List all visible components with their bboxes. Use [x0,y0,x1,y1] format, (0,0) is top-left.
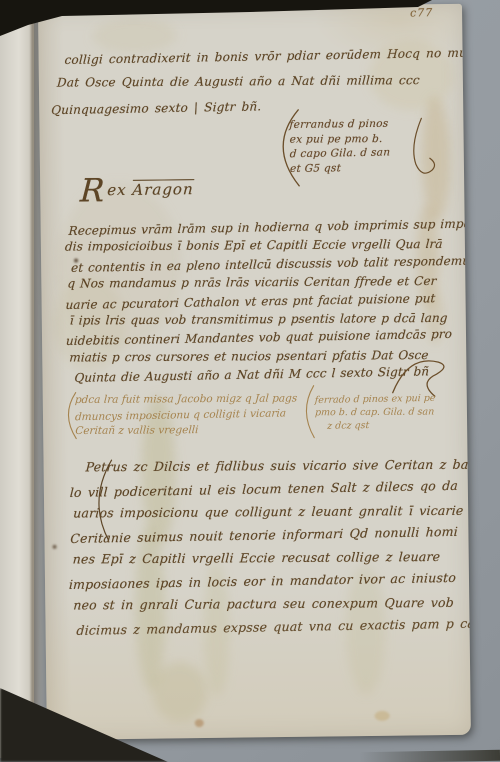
text-line: d capo Gila. d san [289,145,390,161]
text-line: ex pui pe pmo b. [289,131,390,146]
text-line: z dcz qst [327,418,436,433]
text-line: ferrandus d pinos [289,117,390,133]
foxing-dot [375,711,390,721]
registry-note-right: ferrado d pinos ex pui pe pmo b. d cap. … [315,392,436,432]
water-stain [152,662,208,723]
text-line: Ceritañ z vallis vregelli [75,422,298,439]
letter-one-body: Recepimus vrām lrām sup in hodierna q vo… [65,215,471,386]
facing-page-edge [0,16,34,758]
folio-number-text: c77 [410,6,433,19]
manuscript-page: c77 colligi contradixerit in bonis vrōr … [38,4,471,740]
heading-realm: Aragon [132,180,194,199]
foxing-dot [195,719,204,727]
pen-flourish [391,116,442,189]
registry-note-left: pdca lra fuit missa Jacobo migz q Jal pa… [75,391,298,440]
top-note: colligi contradixerit in bonis vrōr pdia… [64,41,470,121]
attestation-note: ferrandus d pinos ex pui pe pmo b. d cap… [289,117,390,176]
initial-capital: R [79,171,106,209]
text-line: et G5 qst [290,160,391,176]
ink-dot [53,545,57,549]
heading-text: ex [107,181,133,199]
photo-dark-bottom-right-edge [360,750,500,762]
manuscript-photo: c77 colligi contradixerit in bonis vrōr … [0,0,500,762]
letter-two-body: Petrus zc Dilcis et fidlibus suis vicari… [69,451,470,640]
folio-number: c77 [410,6,433,19]
entry-heading: Rex Aragon [80,179,194,200]
